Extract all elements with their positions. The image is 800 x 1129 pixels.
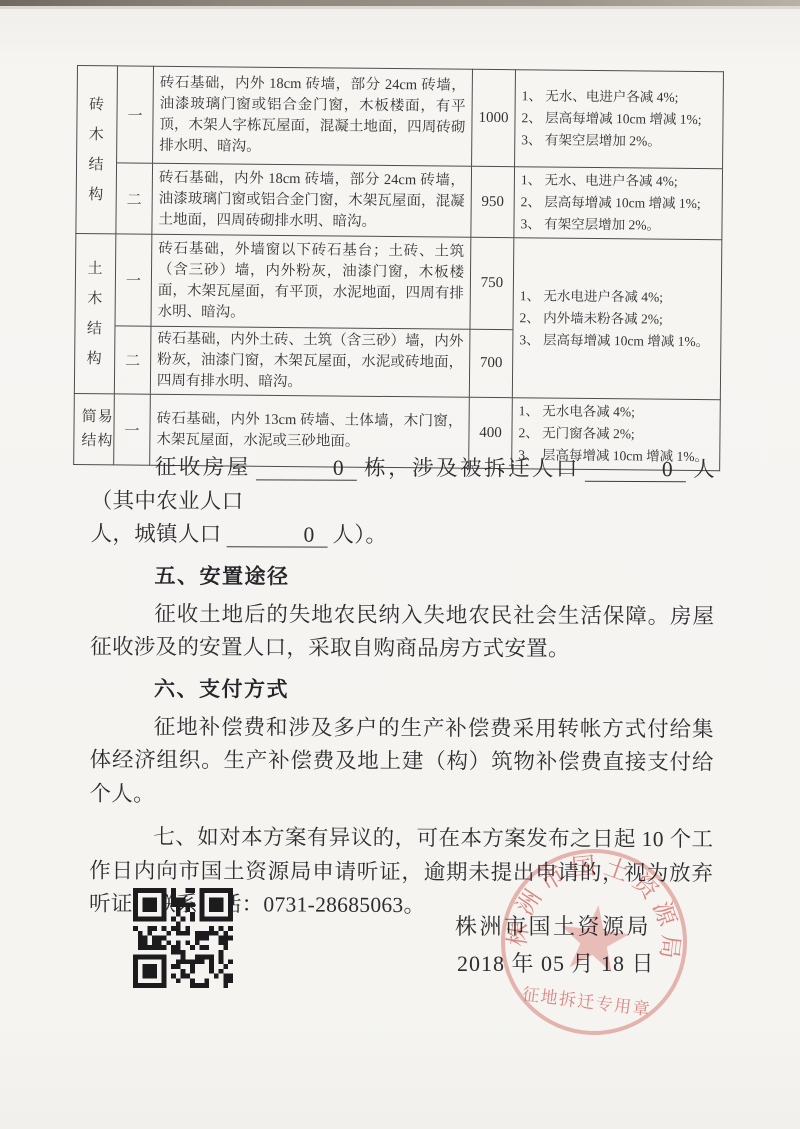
section-heading-5: 五、安置途径 (90, 561, 714, 594)
price-cell: 1000 (472, 69, 516, 166)
table-row: 砖木结构 一 砖石基础，内外 18cm 砖墙，部分 24cm 砖墙，油漆玻璃门窗… (77, 66, 724, 169)
note-line: 3、 层高每增减 10cm 增减 1%。 (519, 329, 714, 353)
note-line: 1、 无水、电进户各减 4%; (521, 169, 716, 193)
structure-type-label: 土木结构 (86, 254, 104, 374)
structure-type-label: 砖木结构 (88, 90, 106, 210)
note-line: 1、 无水、电进户各减 4%; (522, 85, 717, 109)
note-line: 2、 内外墙未粉各减 2%; (519, 307, 714, 331)
description-cell: 砖石基础，外墙窗以下砖石基台；土砖、土筑（含三砂）墙，内外粉灰，油漆门窗，木板楼… (151, 234, 471, 329)
note-line: 2、 层高每增减 10cm 增减 1%; (521, 191, 716, 215)
note-line: 3、 有架空层增加 2%。 (521, 129, 716, 153)
scanned-document-page: 砖木结构 一 砖石基础，内外 18cm 砖墙，部分 24cm 砖墙，油漆玻璃门窗… (0, 0, 800, 1129)
filled-blank-value: 0 (256, 456, 357, 480)
description-cell: 砖石基础，内外 18cm 砖墙，部分 24cm 砖墙，油漆玻璃门窗或铝合金门窗，… (152, 163, 472, 237)
section-heading-6: 六、支付方式 (90, 674, 714, 707)
counts-text: 征收房屋 (155, 455, 251, 479)
note-line: 2、 层高每增减 10cm 增减 1%; (521, 107, 716, 131)
note-line: 1、 无水电各减 4%; (519, 400, 714, 424)
paragraph-payment: 征地补偿费和涉及多户的生产补偿费采用转帐方式付给集体经济组织。生产补偿费及地上建… (89, 710, 713, 813)
price-cell: 700 (469, 329, 513, 397)
price-cell: 950 (471, 166, 515, 237)
note-line: 1、 无水电进户各减 4%; (520, 285, 715, 309)
note-line: 3、 有架空层增加 2%。 (520, 213, 715, 237)
description-cell: 砖石基础，内外土砖、土筑（含三砂）墙，内外粉灰，油漆门窗，木架瓦屋面，水泥或砖地… (150, 326, 470, 397)
notes-cell: 1、 无水、电进户各减 4%; 2、 层高每增减 10cm 增减 1%; 3、 … (515, 70, 724, 169)
notes-cell-merged: 1、 无水电进户各减 4%; 2、 内外墙未粉各减 2%; 3、 层高每增减 1… (512, 238, 722, 400)
counts-text: 人）。 (332, 523, 387, 547)
official-seal: 株洲市国土资源局 征地拆迁专用章 (483, 831, 706, 1054)
note-line: 2、 无门窗各减 2%; (518, 422, 713, 446)
description-cell: 砖石基础，内外 18cm 砖墙，部分 24cm 砖墙，油漆玻璃门窗或铝合金门窗，… (153, 66, 473, 166)
counts-text: 人，城镇人口 (91, 522, 222, 547)
grade-cell: 一 (115, 234, 152, 326)
structure-type-cell: 砖木结构 (76, 66, 118, 234)
notes-cell: 1、 无水、电进户各减 4%; 2、 层高每增减 10cm 增减 1%; 3、 … (514, 167, 723, 240)
price-cell: 750 (470, 237, 514, 329)
grade-cell: 二 (116, 163, 153, 234)
filled-blank-value: 0 (585, 458, 686, 482)
qr-code (133, 888, 233, 988)
counts-text: 栋，涉及被拆迁人口 (362, 456, 580, 481)
grade-cell: 二 (114, 326, 151, 394)
scan-edge-artifact-light (0, 6, 800, 9)
paragraph-counts: 征收房屋0栋，涉及被拆迁人口0人（其中农业人口人，城镇人口0人）。 (91, 451, 715, 554)
structure-type-cell: 土木结构 (74, 233, 116, 393)
seal-star-icon (557, 901, 633, 974)
compensation-table: 砖木结构 一 砖石基础，内外 18cm 砖墙，部分 24cm 砖墙，油漆玻璃门窗… (73, 65, 724, 471)
table-row: 土木结构 一 砖石基础，外墙窗以下砖石基台；土砖、土筑（含三砂）墙，内外粉灰，油… (75, 233, 722, 331)
paragraph-resettlement: 征收土地后的失地农民纳入失地农民社会生活保障。房屋征收涉及的安置人口，采取自购商… (90, 597, 714, 667)
filled-blank-value: 0 (226, 523, 327, 547)
grade-cell: 一 (117, 66, 154, 163)
table-row: 二 砖石基础，内外 18cm 砖墙，部分 24cm 砖墙，油漆玻璃门窗或铝合金门… (76, 163, 723, 240)
qr-code-image (133, 888, 233, 988)
structure-type-label: 简易结构 (80, 405, 114, 453)
